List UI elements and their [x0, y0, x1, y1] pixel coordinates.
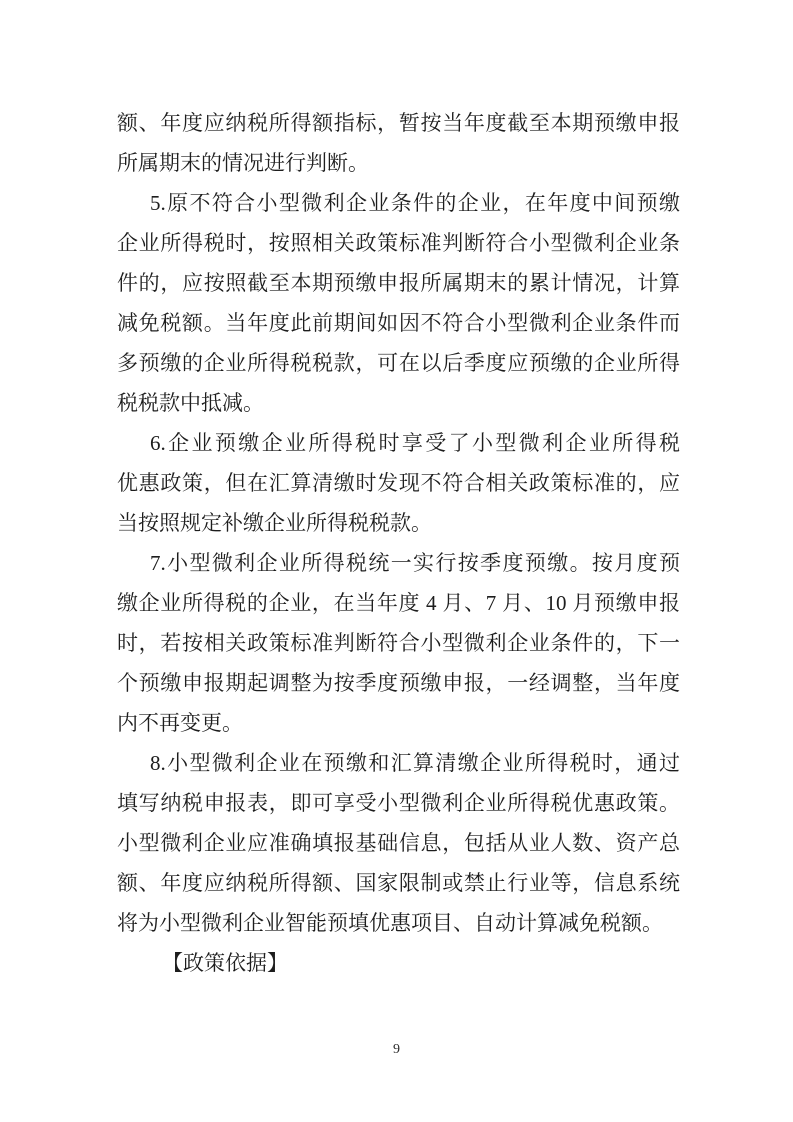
page-number: 9 — [0, 1040, 793, 1060]
text-line: 缴企业所得税的企业，在当年度 4 月、7 月、10 月预缴申报 — [117, 583, 680, 623]
text-line: 件的，应按照截至本期预缴申报所属期末的累计情况，计算 — [117, 263, 680, 303]
text-line: 个预缴申报期起调整为按季度预缴申报，一经调整，当年度 — [117, 663, 680, 703]
text-line: 时，若按相关政策标准判断符合小型微利企业条件的，下一 — [117, 623, 680, 663]
text-line: 优惠政策，但在汇算清缴时发现不符合相关政策标准的，应 — [117, 463, 680, 503]
body-text-block: 额、年度应纳税所得额指标，暂按当年度截至本期预缴申报 所属期末的情况进行判断。 … — [117, 103, 680, 983]
text-line: 企业所得税时，按照相关政策标准判断符合小型微利企业条 — [117, 223, 680, 263]
text-line: 减免税额。当年度此前期间如因不符合小型微利企业条件而 — [117, 303, 680, 343]
text-line: 将为小型微利企业智能预填优惠项目、自动计算减免税额。 — [117, 903, 680, 943]
text-line: 7.小型微利企业所得税统一实行按季度预缴。按月度预 — [117, 543, 680, 583]
text-line: 5.原不符合小型微利企业条件的企业，在年度中间预缴 — [117, 183, 680, 223]
text-line: 小型微利企业应准确填报基础信息，包括从业人数、资产总 — [117, 823, 680, 863]
text-line: 额、年度应纳税所得额、国家限制或禁止行业等，信息系统 — [117, 863, 680, 903]
document-page: 额、年度应纳税所得额指标，暂按当年度截至本期预缴申报 所属期末的情况进行判断。 … — [0, 0, 793, 1122]
text-line: 内不再变更。 — [117, 703, 680, 743]
text-line: 多预缴的企业所得税税款，可在以后季度应预缴的企业所得 — [117, 343, 680, 383]
text-line: 填写纳税申报表，即可享受小型微利企业所得税优惠政策。 — [117, 783, 680, 823]
section-heading-policy-basis: 【政策依据】 — [117, 943, 680, 983]
text-line: 当按照规定补缴企业所得税税款。 — [117, 503, 680, 543]
text-line: 税税款中抵减。 — [117, 383, 680, 423]
text-line: 8.小型微利企业在预缴和汇算清缴企业所得税时，通过 — [117, 743, 680, 783]
text-line: 6.企业预缴企业所得税时享受了小型微利企业所得税 — [117, 423, 680, 463]
text-line: 所属期末的情况进行判断。 — [117, 143, 680, 183]
text-line: 额、年度应纳税所得额指标，暂按当年度截至本期预缴申报 — [117, 103, 680, 143]
